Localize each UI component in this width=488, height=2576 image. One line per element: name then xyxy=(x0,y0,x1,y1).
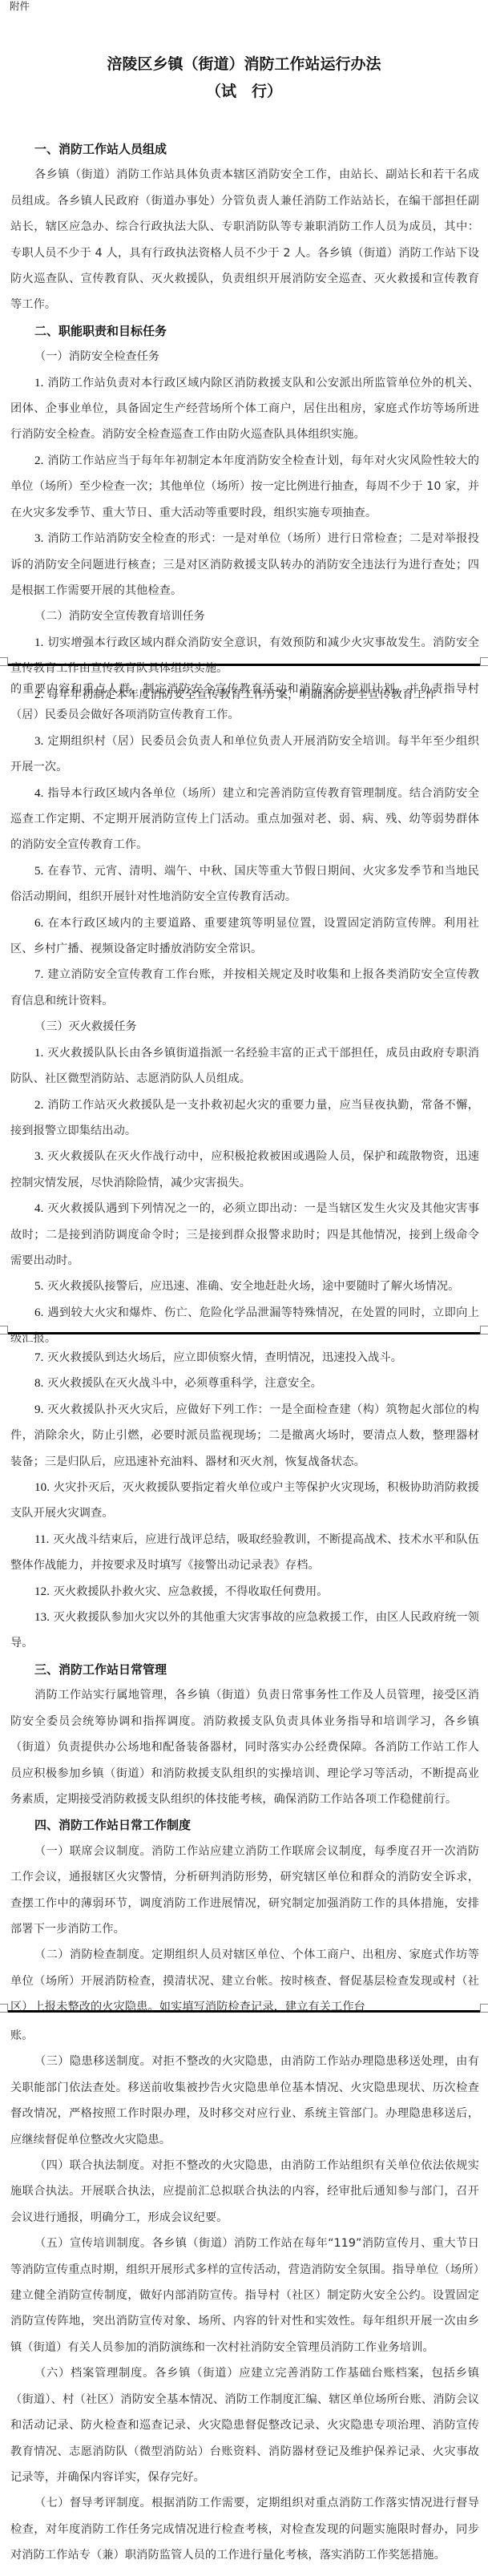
list-item: 1. 消防工作站负责对本行政区域内除区消防救援支队和公安派出所监管单位外的机关、… xyxy=(10,370,479,448)
item-number: 8. xyxy=(34,1377,43,1390)
item-text: 在春节、元宵、清明、端午、中秋、国庆等重大节假日期间、火灾多发季节和当地民俗活动… xyxy=(10,865,479,903)
item-text: 灭火救援队到达火场后，应立即侦察火情，查明情况，迅速投入战斗。 xyxy=(47,1351,402,1364)
list-item: 5. 灭火救援队接警后，应迅速、准确、安全地赶赴火场，途中要随时了解火场情况。 xyxy=(10,1274,479,1299)
list-item: 3. 灭火救援队在灭火作战行动中，应积极抢救被困或遇险人员，保护和疏散物资，迅速… xyxy=(10,1144,479,1196)
list-item: 7. 建立消防安全宣传教育工作台账，并按相关规定及时收集和上报各类消防安全宣传教… xyxy=(10,962,479,1014)
item-text: 消防工作站灭火救援队是一支扑救初起火灾的重要力量，应当昼夜执勤，常备不懈，接到报… xyxy=(10,1099,479,1137)
subsection-heading: （三）灭火救援任务 xyxy=(10,1014,479,1040)
item-text: 消防工作站负责对本行政区域内除区消防救援支队和公安派出所监管单位外的机关、团体、… xyxy=(10,377,479,442)
page-3: 7. 灭火救援队到达火场后，应立即侦察火情，查明情况，迅速投入战斗。 8. 灭火… xyxy=(10,1345,479,2021)
item-text: 灭火救援队接警后，应迅速、准确、安全地赶赴火场，途中要随时了解火场情况。 xyxy=(47,1280,459,1293)
item-text: 消防工作站消防安全检查的形式：一是对单位（场所）进行日常检查；二是对举报投诉的消… xyxy=(10,532,479,597)
item-text: 灭火救援队队长由各乡镇街道指派一名经验丰富的正式干部担任，成员由政府专职消防队、… xyxy=(10,1047,479,1085)
page-corner-mark xyxy=(0,1326,8,1334)
attachment-label: 附件 xyxy=(10,0,30,13)
list-item: 3. 定期组织村（居）民委员会负责人和单位负责人开展消防安全培训。每半年至少组织… xyxy=(10,729,479,781)
rule-item: （六）档案管理制度。各乡镇（街道）应建立完善消防工作基础台账档案，包括乡镇（街道… xyxy=(10,2360,479,2490)
rule-item: （二）消防检查制度。定期组织人员对辖区单位、个体工商户、出租房、家庭式作坊等单位… xyxy=(10,1942,479,2020)
item-text: 火灾扑灭后，灭火救援队要指定着火单位或户主等保护火灾现场，积极协助消防救援支队开… xyxy=(10,1481,479,1520)
paragraph: 消防工作站实行属地管理，各乡镇（街道）负责日常事务性工作及人员管理，接受区消防安… xyxy=(10,1682,479,1812)
list-item: 1. 切实增强本行政区域内群众消防安全意识，有效预防和减少火灾事故发生。消防安全… xyxy=(10,630,479,682)
document-subtitle: （试 行） xyxy=(0,80,488,103)
list-item: 1. 灭火救援队队长由各乡镇街道指派一名经验丰富的正式干部担任，成员由政府专职消… xyxy=(10,1040,479,1092)
item-text: 指导本行政区域内各单位（场所）建立和完善消防宣传教育管理制度。结合消防安全巡查工… xyxy=(10,787,479,852)
item-text: 灭火救援队遇到下列情况之一的，必须立即出动：一是当辖区发生火灾及其他灾害事故时；… xyxy=(10,1202,479,1267)
rule-item: （三）隐患移送制度。对拒不整改的火灾隐患，由消防工作站办理隐患移送处理，由有关职… xyxy=(10,2049,479,2153)
item-text: 消防工作站应当于每年年初制定本年度消防安全检查计划，每年对火灾风险性较大的单位（… xyxy=(10,454,479,519)
list-item: 6. 遇到较大火灾和爆炸、伤亡、危险化学品泄漏等特殊情况，在处置的同时，立即向上… xyxy=(10,1300,479,1352)
page-corner-mark xyxy=(480,657,488,666)
page-2: 的重要内容和重点人群，制定消防安全宣传教育活动和消防安全培训计划，并负责指导村（… xyxy=(10,676,479,1352)
item-number: 2. xyxy=(34,454,43,467)
item-text: 定期组织村（居）民委员会负责人和单位负责人开展消防安全培训。每半年至少组织开展一… xyxy=(10,735,479,773)
paragraph: 各乡镇（街道）消防工作站具体负责本辖区消防安全工作，由站长、副站长和若干名成员组… xyxy=(10,162,479,317)
item-number: 4. xyxy=(34,787,43,800)
page-corner-mark xyxy=(0,2004,8,2013)
list-item: 2. 消防工作站灭火救援队是一支扑救初起火灾的重要力量，应当昼夜执勤，常备不懈，… xyxy=(10,1092,479,1145)
section-heading: 一、消防工作站人员组成 xyxy=(10,136,479,162)
item-number: 6. xyxy=(34,917,43,930)
section-heading: 四、消防工作站日常工作制度 xyxy=(10,1812,479,1838)
section-heading: 二、职能职责和目标任务 xyxy=(10,318,479,344)
list-item: 4. 指导本行政区域内各单位（场所）建立和完善消防宣传教育管理制度。结合消防安全… xyxy=(10,781,479,858)
item-number: 10. xyxy=(34,1481,50,1494)
subsection-heading: （一）消防安全检查任务 xyxy=(10,344,479,369)
item-text: 灭火战斗结束后，应进行战评总结，吸取经验教训，不断提高战术、技术水平和队伍整体作… xyxy=(10,1533,479,1572)
list-item: 12. 灭火救援队扑救火灾、应急救援，不得收取任何费用。 xyxy=(10,1579,479,1605)
list-item: 8. 灭火救援队在灭火战斗中，必须尊重科学，注意安全。 xyxy=(10,1371,479,1396)
item-number: 5. xyxy=(34,865,43,878)
item-number: 7. xyxy=(34,968,43,981)
item-number: 3. xyxy=(34,532,43,545)
page-break xyxy=(0,2010,488,2013)
item-text: 灭火救援队参加火灾以外的其他重大灾害事故的应急救援工作，由区人民政府统一领导。 xyxy=(10,1611,479,1649)
rule-item: （一）联席会议制度。消防工作站应建立消防工作联席会议制度，每季度召开一次消防工作… xyxy=(10,1839,479,1943)
section-heading: 三、消防工作站日常管理 xyxy=(10,1657,479,1682)
item-number: 2. xyxy=(34,1099,43,1112)
paragraph-continued: 的重要内容和重点人群，制定消防安全宣传教育活动和消防安全培训计划，并负责指导村（… xyxy=(10,676,479,729)
page-4: 账。 （三）隐患移送制度。对拒不整改的火灾隐患，由消防工作站办理隐患移送处理，由… xyxy=(10,2023,479,2569)
page-corner-mark xyxy=(0,657,8,666)
list-item: 2. 消防工作站应当于每年年初制定本年度消防安全检查计划，每年对火灾风险性较大的… xyxy=(10,448,479,526)
list-item: 7. 灭火救援队到达火场后，应立即侦察火情，查明情况，迅速投入战斗。 xyxy=(10,1345,479,1371)
item-number: 12. xyxy=(34,1585,50,1598)
rule-item: （五）宣传培训制度。各乡镇（街道）消防工作站在每年“119”消防宣传月、重大节日… xyxy=(10,2231,479,2360)
page-break xyxy=(0,664,488,666)
list-item: 3. 消防工作站消防安全检查的形式：一是对单位（场所）进行日常检查；二是对举报投… xyxy=(10,526,479,604)
item-number: 5. xyxy=(34,1280,43,1293)
item-number: 1. xyxy=(34,377,43,390)
item-number: 7. xyxy=(34,1351,43,1364)
list-item: 13. 灭火救援队参加火灾以外的其他重大灾害事故的应急救援工作，由区人民政府统一… xyxy=(10,1605,479,1657)
item-number: 13. xyxy=(34,1611,50,1624)
list-item: 9. 灭火救援队扑灭火灾后，应做好下列工作：一是全面检查建（构）筑物起火部位的构… xyxy=(10,1397,479,1475)
page-corner-mark xyxy=(480,2004,488,2013)
item-text: 建立消防安全宣传教育工作台账，并按相关规定及时收集和上报各类消防安全宣传教育信息… xyxy=(10,968,479,1007)
item-number: 11. xyxy=(34,1533,50,1546)
document-title: 涪陵区乡镇（街道）消防工作站运行办法 xyxy=(0,53,488,75)
item-number: 3. xyxy=(34,1150,43,1163)
item-number: 3. xyxy=(34,735,43,748)
paragraph-continued: 账。 xyxy=(10,2023,479,2049)
list-item: 6. 在本行政区域内的主要道路、重要建筑等明显位置，设置固定消防宣传牌。利用社区… xyxy=(10,910,479,963)
item-text: 灭火救援队在灭火战斗中，必须尊重科学，注意安全。 xyxy=(47,1377,322,1390)
list-item: 4. 灭火救援队遇到下列情况之一的，必须立即出动：一是当辖区发生火灾及其他灾害事… xyxy=(10,1196,479,1274)
page-1: 一、消防工作站人员组成 各乡镇（街道）消防工作站具体负责本辖区消防安全工作，由站… xyxy=(10,136,479,708)
item-text: 灭火救援队在灭火作战行动中，应积极抢救被困或遇险人员，保护和疏散物资，迅速控制灾… xyxy=(10,1150,479,1189)
item-number: 4. xyxy=(34,1202,43,1215)
list-item: 5. 在春节、元宵、清明、端午、中秋、国庆等重大节假日期间、火灾多发季节和当地民… xyxy=(10,858,479,910)
page-break xyxy=(0,1332,488,1334)
rule-item: （四）联合执法制度。对拒不整改的火灾隐患，由消防工作站组织有关单位依法依规实施联… xyxy=(10,2153,479,2231)
page-corner-mark xyxy=(480,1326,488,1334)
item-text: 灭火救援队扑救火灾、应急救援，不得收取任何费用。 xyxy=(54,1585,329,1598)
item-number: 1. xyxy=(34,1047,43,1060)
item-number: 6. xyxy=(34,1306,43,1319)
item-number: 1. xyxy=(34,636,43,649)
item-text: 遇到较大火灾和爆炸、伤亡、危险化学品泄漏等特殊情况，在处置的同时，立即向上级汇报… xyxy=(10,1306,479,1345)
item-number: 9. xyxy=(34,1403,43,1416)
item-text: 切实增强本行政区域内群众消防安全意识，有效预防和减少火灾事故发生。消防安全宣传教… xyxy=(10,636,479,675)
list-item: 10. 火灾扑灭后，灭火救援队要指定着火单位或户主等保护火灾现场，积极协助消防救… xyxy=(10,1475,479,1527)
subsection-heading: （二）消防安全宣传教育培训任务 xyxy=(10,604,479,629)
item-text: 灭火救援队扑灭火灾后，应做好下列工作：一是全面检查建（构）筑物起火部位的构件，消… xyxy=(10,1403,479,1468)
item-text: 在本行政区域内的主要道路、重要建筑等明显位置，设置固定消防宣传牌。利用社区、乡村… xyxy=(10,917,479,955)
rule-item: （七）督导考评制度。根据消防工作需要，定期组织对重点消防工作落实情况进行督导检查… xyxy=(10,2490,479,2568)
list-item: 11. 灭火战斗结束后，应进行战评总结，吸取经验教训，不断提高战术、技术水平和队… xyxy=(10,1527,479,1579)
